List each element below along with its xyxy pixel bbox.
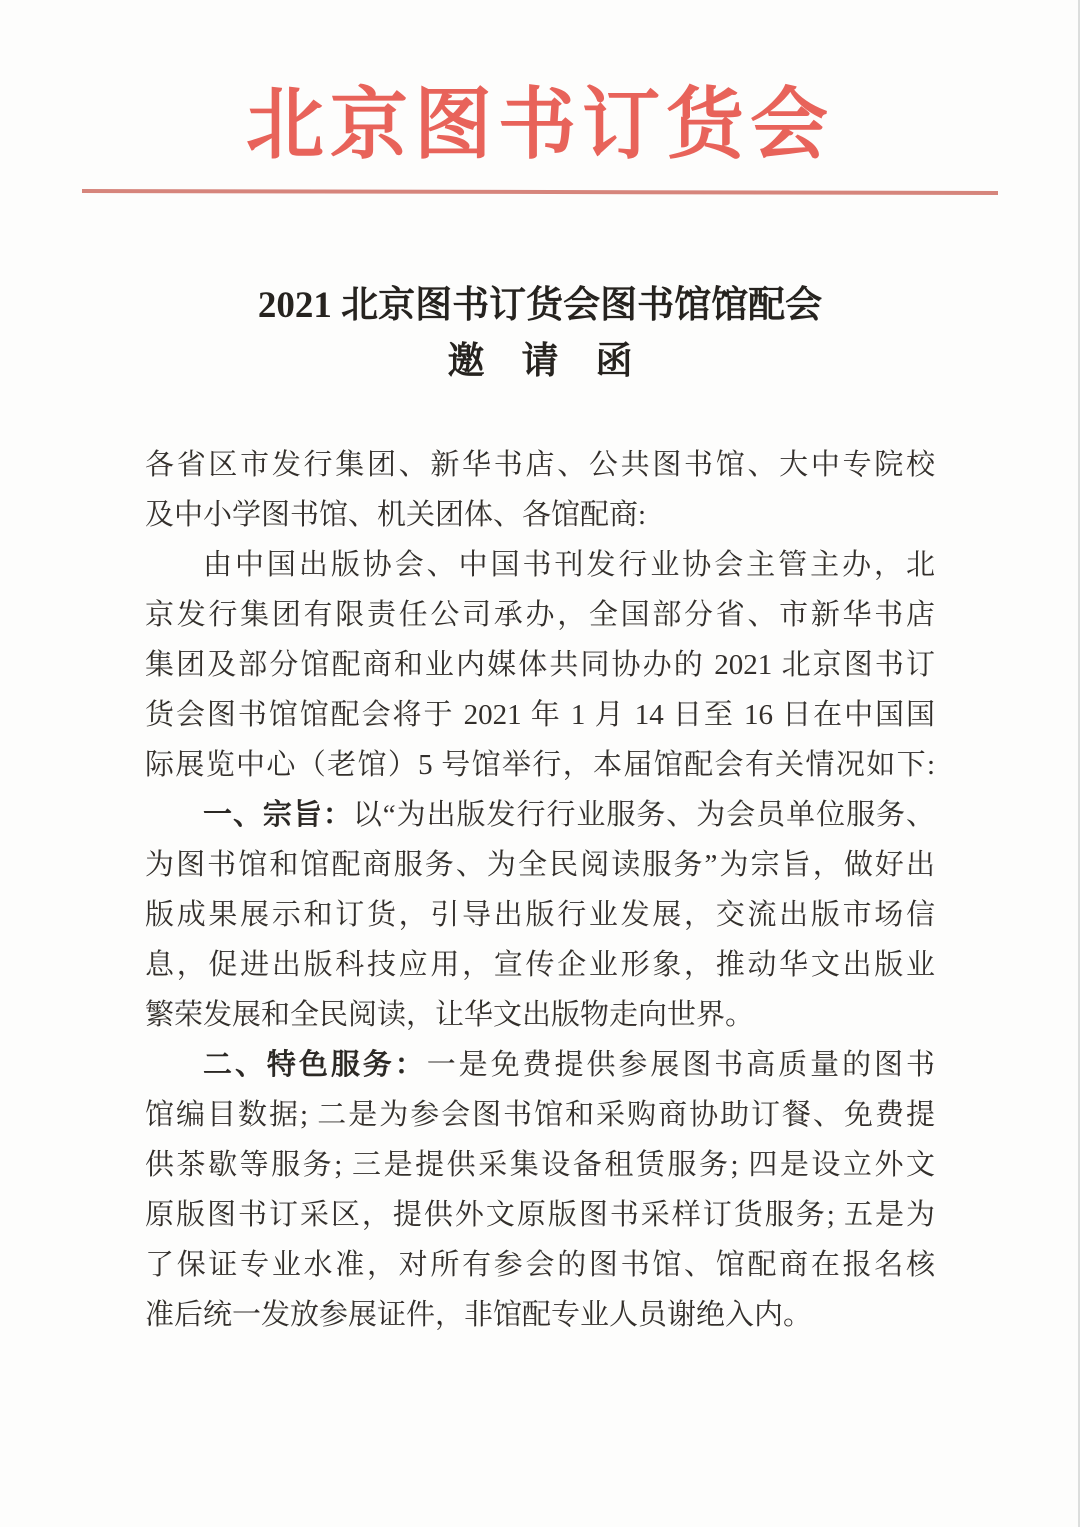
document-title: 2021 北京图书订货会图书馆馆配会 (0, 284, 1080, 328)
paragraph-line: 各省区市发行集团、新华书店、公共图书馆、大中专院校 (145, 440, 935, 490)
paragraph-line: 了保证专业水准，对所有参会的图书馆、馆配商在报名核 (145, 1240, 935, 1290)
paragraph-line: 供茶歇等服务; 三是提供采集设备租赁服务; 四是设立外文 (145, 1140, 935, 1190)
paragraph-line: 繁荣发展和全民阅读，让华文出版物走向世界。 (145, 990, 935, 1040)
line-text: 了保证专业水准，对所有参会的图书馆、馆配商在报名核 (145, 1249, 935, 1281)
paragraph-line: 及中小学图书馆、机关团体、各馆配商: (145, 490, 935, 540)
letterhead-rule (82, 189, 998, 195)
line-text: 货会图书馆馆配会将于 2021 年 1 月 14 日至 16 日在中国国 (145, 699, 935, 731)
line-text: 各省区市发行集团、新华书店、公共图书馆、大中专院校 (145, 449, 935, 481)
paragraph: 由中国出版协会、中国书刊发行业协会主管主办，北京发行集团有限责任公司承办，全国部… (145, 540, 935, 790)
line-text: 集团及部分馆配商和业内媒体共同协办的 2021 北京图书订 (145, 649, 935, 681)
paragraph: 二、特色服务：一是免费提供参展图书高质量的图书馆编目数据; 二是为参会图书馆和采… (145, 1040, 935, 1340)
line-text: 繁荣发展和全民阅读，让华文出版物走向世界。 (145, 999, 754, 1031)
line-text: 息，促进出版科技应用，宣传企业形象，推动华文出版业 (145, 949, 935, 981)
paragraph-line: 一、宗旨：以“为出版发行行业服务、为会员单位服务、 (145, 790, 935, 840)
line-text: 京发行集团有限责任公司承办，全国部分省、市新华书店 (145, 599, 935, 631)
paragraph-line: 为图书馆和馆配商服务、为全民阅读服务”为宗旨，做好出 (145, 840, 935, 890)
paragraph-line: 京发行集团有限责任公司承办，全国部分省、市新华书店 (145, 590, 935, 640)
line-text: 馆编目数据; 二是为参会图书馆和采购商协助订餐、免费提 (145, 1099, 935, 1131)
paragraph-line: 准后统一发放参展证件，非馆配专业人员谢绝入内。 (145, 1290, 935, 1340)
line-text: 由中国出版协会、中国书刊发行业协会主管主办，北 (203, 549, 935, 581)
paragraph-line: 息，促进出版科技应用，宣传企业形象，推动华文出版业 (145, 940, 935, 990)
line-text: 供茶歇等服务; 三是提供采集设备租赁服务; 四是设立外文 (145, 1149, 935, 1181)
paragraph-line: 二、特色服务：一是免费提供参展图书高质量的图书 (145, 1040, 935, 1090)
paragraph-line: 集团及部分馆配商和业内媒体共同协办的 2021 北京图书订 (145, 640, 935, 690)
scanned-document-page: 北京图书订货会 2021 北京图书订货会图书馆馆配会 邀 请 函 各省区市发行集… (0, 0, 1080, 1527)
line-text: 为图书馆和馆配商服务、为全民阅读服务”为宗旨，做好出 (145, 849, 935, 881)
line-text: 际展览中心（老馆）5 号馆举行，本届馆配会有关情况如下: (145, 749, 935, 781)
line-text: 以“为出版发行行业服务、为会员单位服务、 (353, 799, 935, 831)
line-text: 原版图书订采区，提供外文原版图书采样订货服务; 五是为 (145, 1199, 935, 1231)
paragraph-line: 原版图书订采区，提供外文原版图书采样订货服务; 五是为 (145, 1190, 935, 1240)
paragraph-line: 货会图书馆馆配会将于 2021 年 1 月 14 日至 16 日在中国国 (145, 690, 935, 740)
section-lead: 二、特色服务： (203, 1049, 427, 1081)
line-text: 及中小学图书馆、机关团体、各馆配商: (145, 499, 646, 531)
line-text: 版成果展示和订货，引导出版行业发展，交流出版市场信 (145, 899, 935, 931)
paragraph-line: 馆编目数据; 二是为参会图书馆和采购商协助订餐、免费提 (145, 1090, 935, 1140)
paragraph-line: 版成果展示和订货，引导出版行业发展，交流出版市场信 (145, 890, 935, 940)
line-text: 准后统一发放参展证件，非馆配专业人员谢绝入内。 (145, 1299, 812, 1331)
paragraph-line: 际展览中心（老馆）5 号馆举行，本届馆配会有关情况如下: (145, 740, 935, 790)
letterhead-title: 北京图书订货会 (0, 0, 1080, 174)
section-lead: 一、宗旨： (203, 799, 353, 831)
document-body: 各省区市发行集团、新华书店、公共图书馆、大中专院校及中小学图书馆、机关团体、各馆… (145, 440, 935, 1340)
paragraph: 各省区市发行集团、新华书店、公共图书馆、大中专院校及中小学图书馆、机关团体、各馆… (145, 440, 935, 540)
paragraph-line: 由中国出版协会、中国书刊发行业协会主管主办，北 (145, 540, 935, 590)
document-subtitle: 邀 请 函 (0, 340, 1080, 384)
paragraph: 一、宗旨：以“为出版发行行业服务、为会员单位服务、为图书馆和馆配商服务、为全民阅… (145, 790, 935, 1040)
line-text: 一是免费提供参展图书高质量的图书 (427, 1049, 935, 1081)
